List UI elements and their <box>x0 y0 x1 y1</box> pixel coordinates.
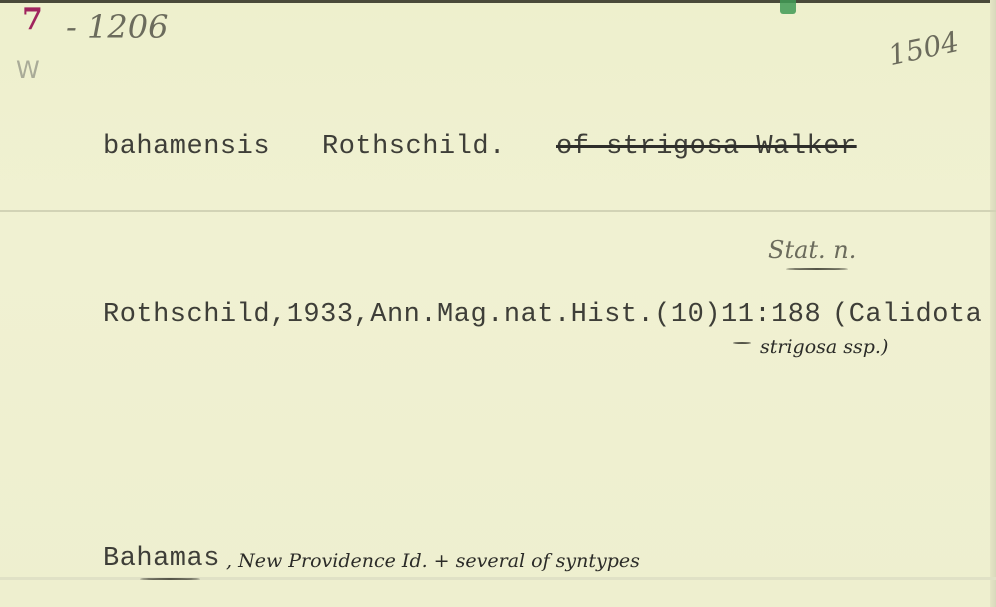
pencil-mark: W <box>16 56 40 84</box>
locality-handwritten-note: , New Providence Id. + several of syntyp… <box>226 550 640 572</box>
card-number: 1504 <box>885 25 962 72</box>
citation-continuation: (Calidota <box>832 300 982 330</box>
struck-synonym: of strigosa Walker <box>556 132 857 162</box>
card-ruling-line <box>0 210 996 212</box>
locality-typed: Bahamas <box>103 544 220 574</box>
citation-underline <box>733 342 751 344</box>
annotation-underline <box>786 268 848 270</box>
locality-underline <box>140 578 200 580</box>
card-right-edge <box>990 0 996 607</box>
card-drawer-number: 7 <box>22 2 43 37</box>
green-tab-marker <box>780 0 796 14</box>
citation-handwritten-note: strigosa ssp.) <box>760 336 888 358</box>
index-card: 7 - 1206 W 1504 bahamensis Rothschild. o… <box>0 0 996 607</box>
status-annotation: Stat. n. <box>768 236 856 264</box>
species-name: bahamensis <box>103 132 270 162</box>
catalog-reference: - 1206 <box>66 8 168 46</box>
card-top-edge <box>0 0 996 3</box>
species-author: Rothschild. <box>322 132 506 162</box>
citation-text: Rothschild,1933,Ann.Mag.nat.Hist.(10)11:… <box>103 300 821 330</box>
